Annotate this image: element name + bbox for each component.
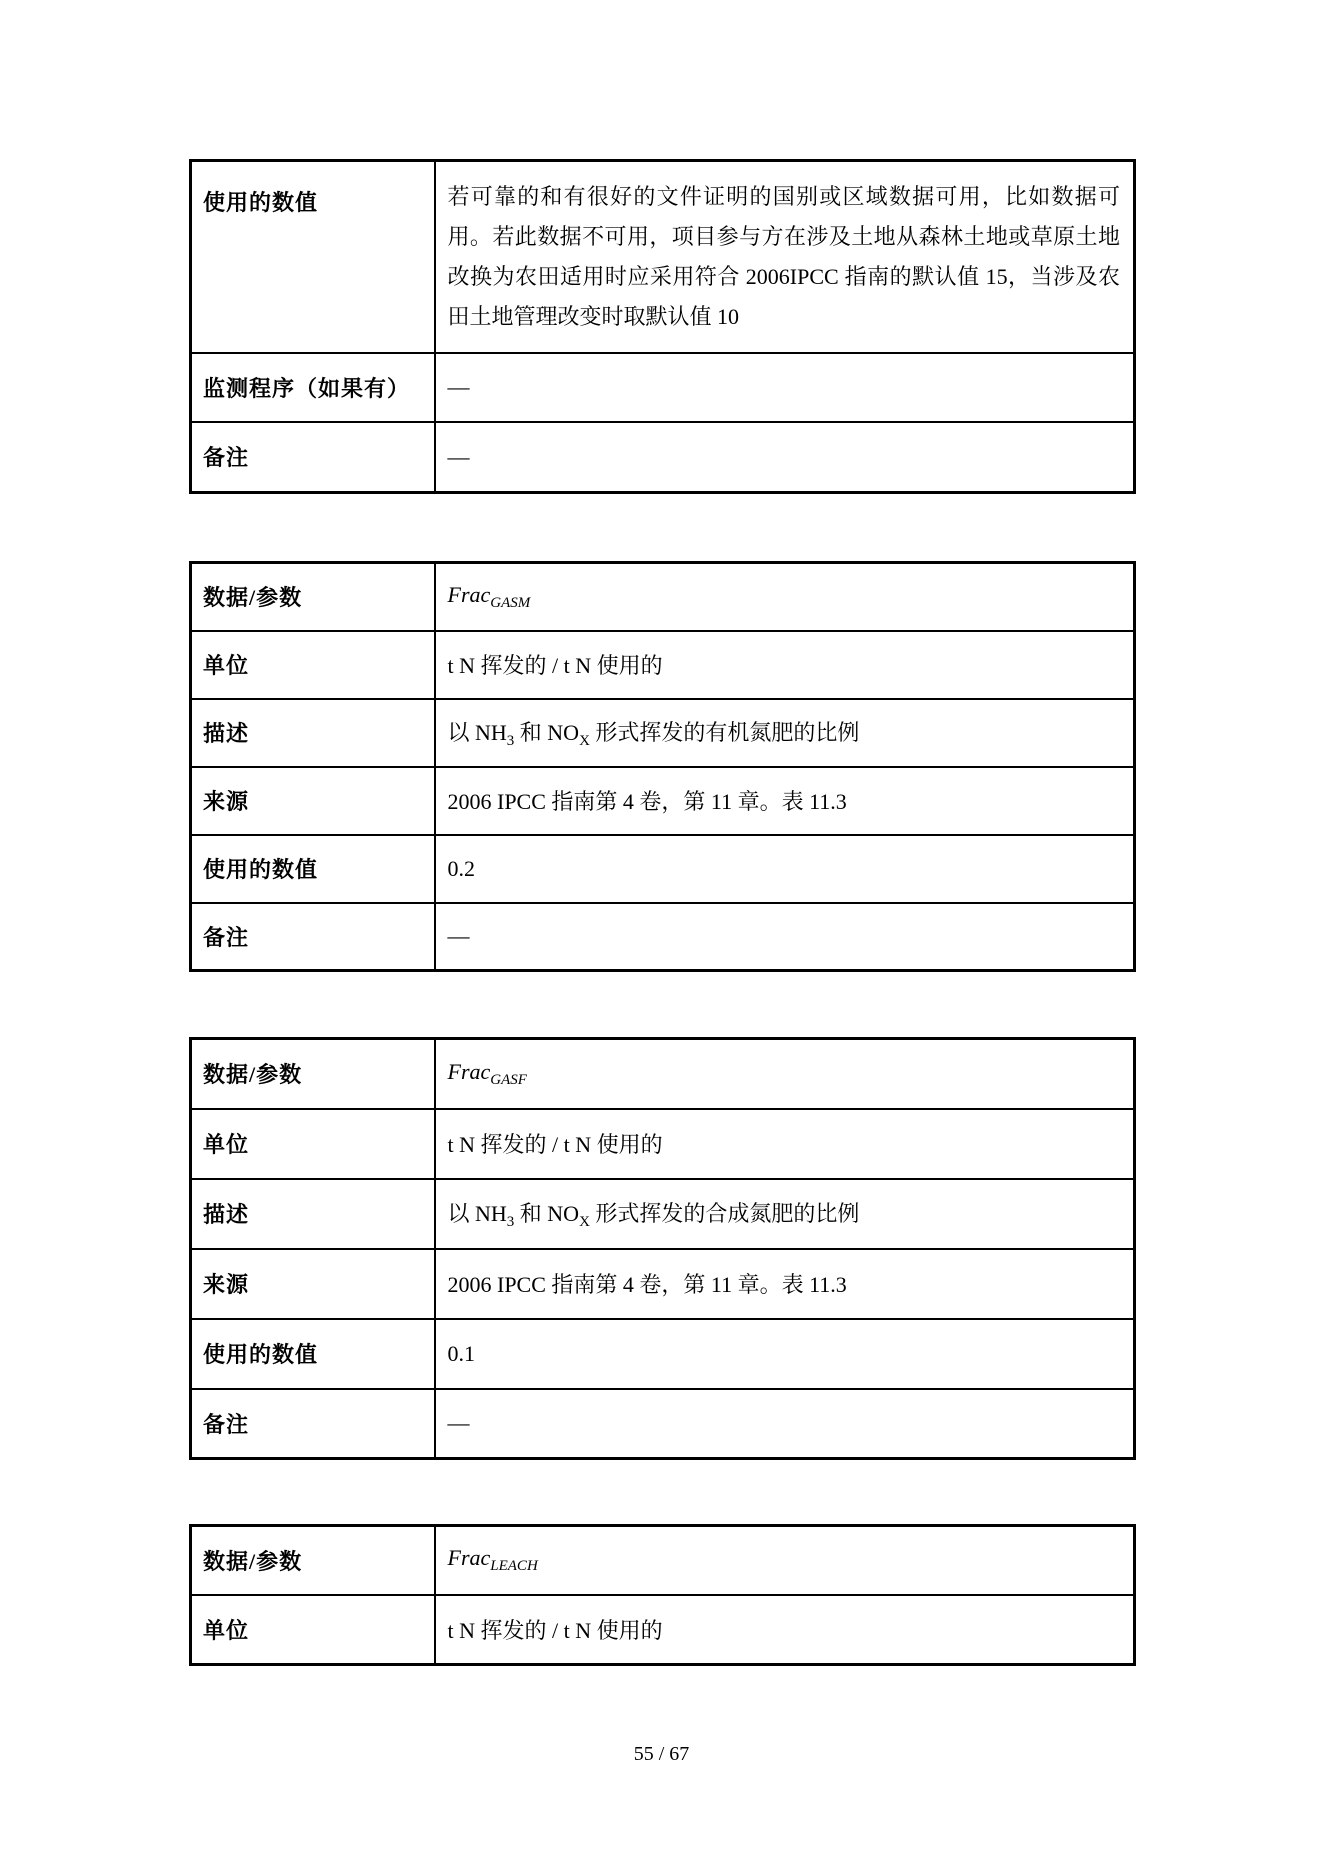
table-row: 使用的数值 0.1 bbox=[191, 1319, 1135, 1389]
param-row-value: — bbox=[435, 422, 1135, 493]
param-row-value: 以 NH3 和 NOX 形式挥发的合成氮肥的比例 bbox=[435, 1179, 1135, 1249]
param-row-value: — bbox=[435, 903, 1135, 971]
param-row-value: 0.2 bbox=[435, 835, 1135, 903]
table-row: 来源 2006 IPCC 指南第 4 卷，第 11 章。表 11.3 bbox=[191, 1249, 1135, 1319]
param-row-label: 数据/参数 bbox=[191, 563, 435, 631]
rich-text-segment: 和 NO bbox=[514, 1201, 579, 1226]
param-row-value: — bbox=[435, 353, 1135, 422]
document-page: 使用的数值 若可靠的和有很好的文件证明的国别或区域数据可用，比如数据可用。若此数… bbox=[0, 0, 1323, 1871]
param-row-label: 监测程序（如果有） bbox=[191, 353, 435, 422]
rich-text-segment-italic: Frac bbox=[448, 1059, 491, 1084]
rich-text-segment-italic-sub: GASM bbox=[490, 595, 530, 611]
parameter-table-continued: 使用的数值 若可靠的和有很好的文件证明的国别或区域数据可用，比如数据可用。若此数… bbox=[189, 159, 1136, 494]
param-row-value: FracGASM bbox=[435, 563, 1135, 631]
param-row-value: 若可靠的和有很好的文件证明的国别或区域数据可用，比如数据可用。若此数据不可用，项… bbox=[435, 161, 1135, 353]
param-row-label: 备注 bbox=[191, 903, 435, 971]
param-row-label: 来源 bbox=[191, 767, 435, 835]
table-row: 来源 2006 IPCC 指南第 4 卷，第 11 章。表 11.3 bbox=[191, 767, 1135, 835]
param-row-label: 单位 bbox=[191, 1109, 435, 1179]
param-row-label: 单位 bbox=[191, 631, 435, 699]
param-row-label: 使用的数值 bbox=[191, 1319, 435, 1389]
table-row: 描述 以 NH3 和 NOX 形式挥发的合成氮肥的比例 bbox=[191, 1179, 1135, 1249]
param-row-value: 0.1 bbox=[435, 1319, 1135, 1389]
param-row-label: 备注 bbox=[191, 1389, 435, 1459]
rich-text-segment-italic: Frac bbox=[448, 582, 491, 607]
param-row-label: 来源 bbox=[191, 1249, 435, 1319]
table-row: 数据/参数 FracLEACH bbox=[191, 1526, 1135, 1595]
param-row-value: t N 挥发的 / t N 使用的 bbox=[435, 631, 1135, 699]
param-row-label: 单位 bbox=[191, 1595, 435, 1665]
parameter-table-frac-gasf: 数据/参数 FracGASF 单位 t N 挥发的 / t N 使用的 描述 以… bbox=[189, 1037, 1136, 1460]
rich-text-segment-sub: X bbox=[579, 733, 590, 749]
param-row-label: 数据/参数 bbox=[191, 1039, 435, 1109]
rich-text-segment: 以 NH bbox=[448, 720, 507, 745]
param-row-label: 使用的数值 bbox=[191, 161, 435, 353]
rich-text-segment-italic-sub: LEACH bbox=[490, 1558, 538, 1574]
table-row: 监测程序（如果有） — bbox=[191, 353, 1135, 422]
table-row: 单位 t N 挥发的 / t N 使用的 bbox=[191, 631, 1135, 699]
param-row-label: 备注 bbox=[191, 422, 435, 493]
parameter-table-frac-leach: 数据/参数 FracLEACH 单位 t N 挥发的 / t N 使用的 bbox=[189, 1524, 1136, 1666]
param-row-label: 描述 bbox=[191, 699, 435, 767]
table-row: 单位 t N 挥发的 / t N 使用的 bbox=[191, 1109, 1135, 1179]
rich-text-segment-sub: X bbox=[579, 1214, 590, 1230]
rich-text-segment: 形式挥发的合成氮肥的比例 bbox=[590, 1201, 860, 1226]
rich-text-segment: 和 NO bbox=[514, 720, 579, 745]
table-row: 单位 t N 挥发的 / t N 使用的 bbox=[191, 1595, 1135, 1665]
table-row: 备注 — bbox=[191, 1389, 1135, 1459]
table-row: 使用的数值 0.2 bbox=[191, 835, 1135, 903]
param-row-label: 使用的数值 bbox=[191, 835, 435, 903]
rich-text-segment-italic: Frac bbox=[448, 1545, 491, 1570]
parameter-table-frac-gasm: 数据/参数 FracGASM 单位 t N 挥发的 / t N 使用的 描述 以… bbox=[189, 561, 1136, 972]
table-row: 使用的数值 若可靠的和有很好的文件证明的国别或区域数据可用，比如数据可用。若此数… bbox=[191, 161, 1135, 353]
param-row-label: 描述 bbox=[191, 1179, 435, 1249]
param-row-value: 2006 IPCC 指南第 4 卷，第 11 章。表 11.3 bbox=[435, 767, 1135, 835]
rich-text-segment: 以 NH bbox=[448, 1201, 507, 1226]
table-row: 数据/参数 FracGASM bbox=[191, 563, 1135, 631]
rich-text-segment-italic-sub: GASF bbox=[490, 1072, 527, 1088]
param-row-value: FracGASF bbox=[435, 1039, 1135, 1109]
table-row: 描述 以 NH3 和 NOX 形式挥发的有机氮肥的比例 bbox=[191, 699, 1135, 767]
param-row-value: FracLEACH bbox=[435, 1526, 1135, 1595]
param-row-label: 数据/参数 bbox=[191, 1526, 435, 1595]
param-row-value: t N 挥发的 / t N 使用的 bbox=[435, 1595, 1135, 1665]
param-row-value: t N 挥发的 / t N 使用的 bbox=[435, 1109, 1135, 1179]
rich-text-segment: 形式挥发的有机氮肥的比例 bbox=[590, 720, 860, 745]
table-row: 备注 — bbox=[191, 422, 1135, 493]
page-number: 55 / 67 bbox=[0, 1743, 1323, 1766]
param-row-value: — bbox=[435, 1389, 1135, 1459]
param-row-value: 2006 IPCC 指南第 4 卷，第 11 章。表 11.3 bbox=[435, 1249, 1135, 1319]
table-row: 数据/参数 FracGASF bbox=[191, 1039, 1135, 1109]
table-row: 备注 — bbox=[191, 903, 1135, 971]
param-row-value: 以 NH3 和 NOX 形式挥发的有机氮肥的比例 bbox=[435, 699, 1135, 767]
